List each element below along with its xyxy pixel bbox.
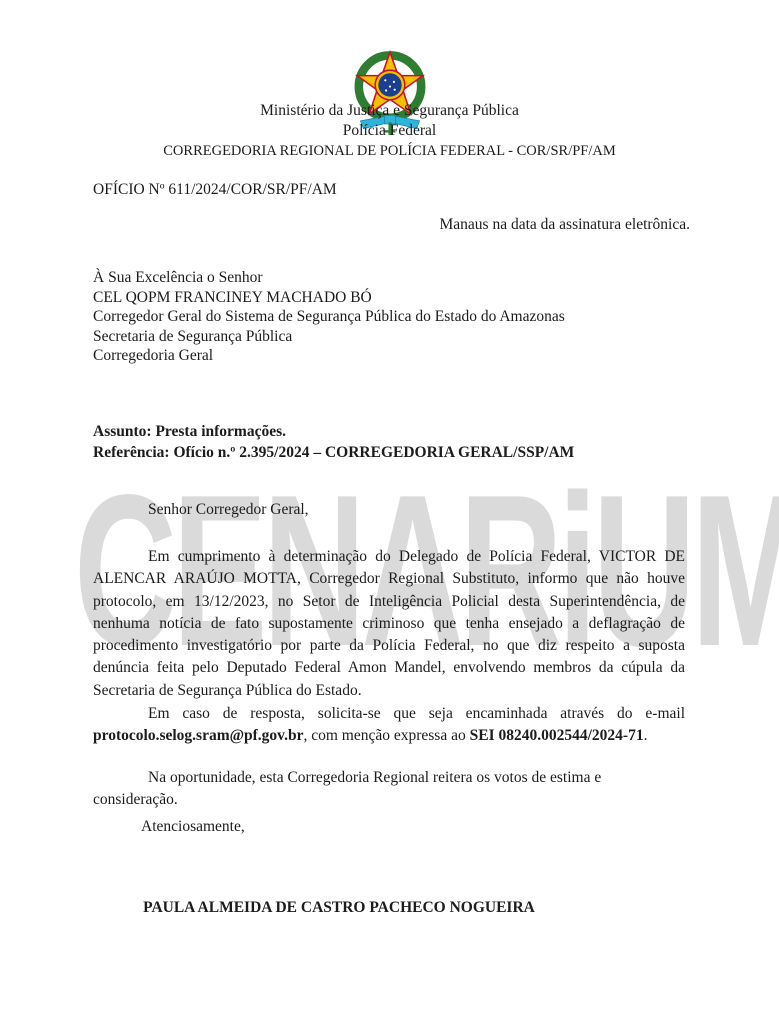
salutation: Senhor Corregedor Geral, — [148, 501, 309, 519]
letterhead-agency: Polícia Federal — [0, 121, 779, 141]
recipient-org: Secretaria de Segurança Pública — [93, 327, 565, 347]
document-number: OFÍCIO Nº 611/2024/COR/SR/PF/AM — [93, 181, 337, 199]
letterhead-department: CORREGEDORIA REGIONAL DE POLÍCIA FEDERAL… — [0, 141, 779, 162]
paragraph2-text: Em caso de resposta, solicita-se que sej… — [148, 705, 685, 722]
subject-line: Assunto: Presta informações. — [93, 421, 574, 442]
recipient-name: CEL QOPM FRANCINEY MACHADO BÓ — [93, 288, 565, 308]
recipient-block: À Sua Excelência o Senhor CEL QOPM FRANC… — [93, 268, 565, 366]
recipient-honorific: À Sua Excelência o Senhor — [93, 268, 565, 288]
letterhead-ministry: Ministério da Justiça e Segurança Públic… — [0, 101, 779, 121]
paragraph2-mid: , com menção expressa ao — [303, 727, 469, 744]
recipient-title: Corregedor Geral do Sistema de Segurança… — [93, 307, 565, 327]
paragraph2-period: . — [644, 727, 648, 744]
body-paragraph-2: Em caso de resposta, solicita-se que sej… — [93, 703, 685, 748]
scanned-letter-page: CENARiUM — [0, 0, 779, 1024]
body-paragraph-3: Na oportunidade, esta Corregedoria Regio… — [93, 767, 685, 812]
closing-line: Atenciosamente, — [141, 818, 245, 836]
body-paragraph-1: Em cumprimento à determinação do Delegad… — [93, 546, 685, 702]
place-date-line: Manaus na data da assinatura eletrônica. — [440, 216, 690, 234]
signature-name: PAULA ALMEIDA DE CASTRO PACHECO NOGUEIRA — [93, 899, 585, 917]
subject-block: Assunto: Presta informações. Referência:… — [93, 421, 574, 463]
paragraph2-sei-number: SEI 08240.002544/2024-71 — [470, 727, 644, 744]
letterhead: Ministério da Justiça e Segurança Públic… — [0, 101, 779, 162]
recipient-unit: Corregedoria Geral — [93, 346, 565, 366]
paragraph2-email: protocolo.selog.sram@pf.gov.br — [93, 727, 303, 744]
reference-line: Referência: Ofício n.º 2.395/2024 – CORR… — [93, 442, 574, 463]
